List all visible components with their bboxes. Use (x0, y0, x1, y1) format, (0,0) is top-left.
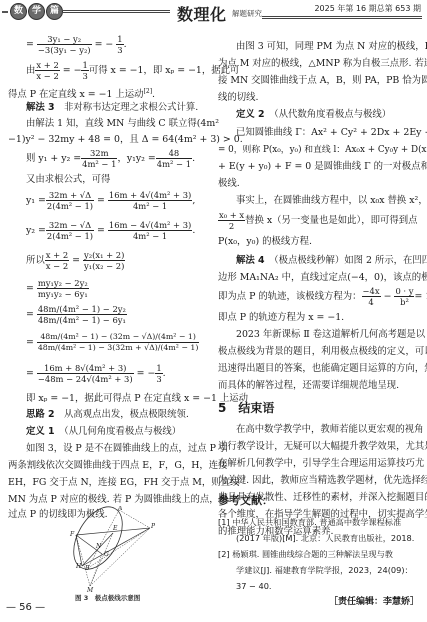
text-line: 得点 P 在定直线 x = −1 上运动[2]. (8, 86, 155, 101)
header-dash (2, 11, 8, 13)
text-line: 迅速得出题目的答案，也能确定题目运算的方向，然 (218, 363, 427, 375)
equation-line: = 48m/(4m² − 1) − 2y₂48m/(4m² − 1) − 6y₁ (26, 304, 127, 325)
references-section: 参考文献： [1] 中华人民共和国教育部. 普通高中数学课程标准 (2017 年… (218, 492, 421, 622)
label-H: H (75, 563, 82, 570)
equation-line: 所以x + 2x − 2 = y₂(x₁ + 2)y₁(x₂ − 2) (26, 250, 125, 271)
label-M: M (86, 587, 94, 592)
equation-line: y₁ =32m + √Δ2(4m² − 1) = 16m + 4√(4m² + … (26, 190, 195, 211)
text-line: MN 为点 P 对应的极线. 若 P 为圆锥曲线上的点，则 (8, 494, 228, 506)
text-line: 而具体的解答过程，还需要详细规范地呈现. (218, 380, 399, 392)
journal-subtitle: 解题研究 (232, 8, 262, 19)
text-line: + E(y + y₀) + F = 0 是圆锥曲线 Γ 的一对极点和 (218, 161, 427, 173)
reference-item-cont: 学建议[J]. 福建教育学院学报，2023，24(09)： (236, 564, 413, 576)
equation-line: = 48m/(4m² − 1) − (32m − √Δ)/(4m² − 1)48… (26, 332, 199, 353)
text-line: 为点 M 对应的极线，△MNP 称为自极三点形. 若连 (218, 58, 427, 70)
text-line: 为关键. 因此，教师应当精选教学题材，优先选择经 (218, 475, 427, 487)
reference-item: [1] 中华人民共和国教育部. 普通高中数学课程标准 (218, 516, 401, 528)
logo-char: 学 (28, 3, 45, 20)
label-N: N (95, 543, 102, 550)
text-line: 由图 3 可知，同理 PM 为点 N 对应的极线，PN (218, 41, 427, 53)
text-line: 线的切线. (218, 92, 258, 104)
header-rule (62, 10, 170, 13)
equation-line: 即为点 P 的轨迹，该极线方程为：−4x4 − 0 · yb²= 1， (218, 286, 427, 307)
header-rule (262, 16, 422, 19)
text-line: 进行教学设计，无疑可以大幅提升教学效果，尤其是 (218, 441, 427, 453)
text-line: 2023 年新课标 Ⅱ 卷这道解析几何高考题是以 (218, 329, 425, 341)
references-title: 参考文献： (218, 495, 273, 507)
text-line: 由x + 2x − 2 = −13可得 x = −1，即 xₚ = −1，据此可 (26, 60, 239, 81)
page-header: 数 学 篇 数理化 解题研究 2025 年第 16 期总第 653 期 (0, 0, 427, 24)
reference-item-cont: (2017 年版)[M]. 北京：人民教育出版社，2018. (236, 532, 414, 544)
text-line: 如图 3，设 P 是不在圆锥曲线上的点，过点 P 引 (26, 443, 228, 455)
text-line: = 0，则称 P(x₀，y₀) 和直线 l：Ax₀x + Cy₀y + D(x … (218, 144, 427, 156)
text-line: 在解析几何教学中，引导学生合理运用运算技巧尤 (218, 458, 424, 470)
equation-line: = 16m + 8√(4m² + 3)−48m − 24√(4m² + 3) =… (26, 363, 166, 384)
text-line: 由解法 1 知，直线 MN 与曲线 C 联立得(4m² (26, 118, 219, 130)
pole-polar-figure: A E P F N G H B M (62, 506, 162, 592)
definition-heading: 定义 2 （从代数角度看极点与极线） (218, 109, 391, 121)
issue-number: 2025 年第 16 期总第 653 期 (314, 3, 421, 14)
text-line: EH，FG 交于点 N，连接 EG，FH 交于点 M，则直线 (8, 477, 239, 489)
section-logo: 数 学 篇 (10, 3, 63, 20)
reference-item: [2] 杨颖琪. 圆锥曲线综合题的三种解法呈现与教 (218, 548, 393, 560)
label-P: P (150, 523, 156, 530)
text-line: P(x₀，y₀) 的极线方程. (218, 236, 312, 248)
label-G: G (104, 551, 109, 558)
text-line: x₀ + x2替换 x（另一变量也是如此），即可得到点 (218, 210, 417, 231)
equation-line: 则 y₁ + y₂ =32m4m² − 1，y₁y₂ =484m² − 1. (26, 148, 195, 169)
label-F: F (69, 531, 75, 538)
text-line: 接 MN 交圆锥曲线于点 A，B，则 PA，PB 恰为圆锥曲 (218, 75, 427, 87)
logo-char: 篇 (46, 3, 63, 20)
text-line: 极线. (218, 178, 240, 190)
text-line: 两条割线依次交圆锥曲线于四点 E，F，G，H，连接 (8, 460, 228, 472)
text-line: 极点极线为背景的题目，利用极点极线的定义，可以 (218, 346, 427, 358)
approach-heading: 思路 2 从高观点出发，极点极限统领. (26, 409, 189, 421)
label-E: E (112, 525, 118, 532)
text-line: 已知圆锥曲线 Γ：Ax² + Cy² + 2Dx + 2Ey + F (218, 127, 427, 139)
text-line: 即点 P 的轨迹方程为 x = −1. (218, 312, 344, 324)
figure-caption: 图 3 极点极线示意图 (75, 593, 140, 602)
method-heading: 解法 4 （极点极线秒解）如图 2 所示，在凹四 (218, 255, 427, 267)
equation-line: = 3y₁ − y₂−3(3y₁ − y₂) = − 13. (26, 34, 127, 55)
definition-heading: 定义 1 （从几何角度看极点与极线） (26, 426, 181, 438)
reference-item-cont: 37 − 40. (236, 580, 272, 592)
section-heading: 5 结束语 (218, 402, 274, 414)
logo-char: 数 (10, 3, 27, 20)
label-B: B (84, 565, 90, 572)
editor-credit: ［责任编辑：李慧娇］ (329, 596, 419, 608)
journal-title: 数理化 (177, 2, 227, 25)
method-heading: 解法 3 非对称韦达定理之求根公式计算. (26, 102, 198, 114)
equation-line: = my₁y₂ − 2y₂my₁y₂ − 6y₁ (26, 278, 89, 299)
text-line: 边形 MA₁NA₂ 中，直线过定点(−4，0)，该点的极线 (218, 272, 427, 284)
text-line: −1)y² − 32my + 48 = 0，且 Δ = 64(4m² + 3) … (8, 134, 243, 146)
text-line: 又由求根公式，可得 (26, 174, 110, 186)
text-line: 即 xₚ = −1，据此可得点 P 在定直线 x = −1 上运动 (26, 393, 248, 405)
text-line: 事实上，在圆锥曲线方程中，以 x₀x 替换 x²，以 (218, 195, 427, 207)
equation-line: y₂ =32m − √Δ2(4m² − 1) = 16m − 4√(4m² + … (26, 220, 195, 241)
label-A: A (117, 506, 123, 512)
text-line: 在高中数学教学中，教师若能以更宏观的视角 (218, 424, 424, 436)
page-number: — 56 — (6, 602, 45, 613)
